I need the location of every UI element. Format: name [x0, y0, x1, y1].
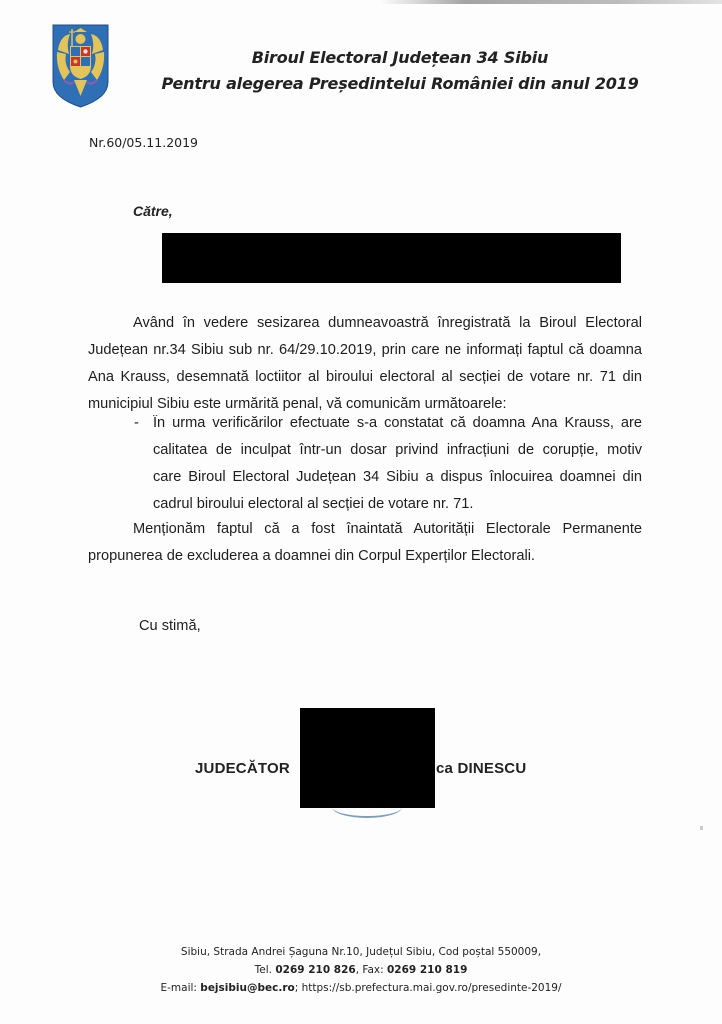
bullet-line: cadrul biroului electoral al secției de … — [153, 496, 642, 512]
redacted-signature — [300, 708, 435, 808]
signatory-name: ca DINESCU — [436, 760, 526, 777]
footer-phone-fax: Tel. 0269 210 826, Fax: 0269 210 819 — [0, 964, 722, 976]
paragraph1-line: municipiul Sibiu este urmărită penal, vă… — [88, 396, 642, 412]
bullet-line: care Biroul Electoral Județean 34 Sibiu … — [153, 469, 642, 487]
paragraph1-line: Având în vedere sesizarea dumneavoastră … — [133, 315, 642, 333]
paragraph1-line: Ana Krauss, desemnată loctiitor al birou… — [88, 369, 642, 387]
footer-address: Sibiu, Strada Andrei Șaguna Nr.10, Județ… — [0, 946, 722, 958]
bullet-line: calitatea de inculpat într-un dosar priv… — [153, 442, 642, 460]
paragraph2-line: propunerea de excluderea a doamnei din C… — [88, 548, 642, 564]
salutation: Către, — [133, 203, 173, 219]
email-label: E-mail: — [160, 982, 196, 994]
bullet-line: În urma verificărilor efectuate s-a cons… — [153, 415, 642, 433]
header-title-line1: Biroul Electoral Județean 34 Sibiu — [130, 48, 670, 67]
website-link[interactable]: https://sb.prefectura.mai.gov.ro/presedi… — [302, 982, 562, 994]
footer-contact: E-mail: bejsibiu@bec.ro; https://sb.pref… — [0, 982, 722, 994]
romanian-coat-of-arms-icon — [52, 24, 109, 108]
fax-label: Fax: — [362, 964, 383, 976]
tel-number: 0269 210 826 — [275, 964, 355, 976]
scan-edge-shadow — [380, 0, 722, 4]
tel-label: Tel. — [255, 964, 272, 976]
signatory-title: JUDECĂTOR — [195, 760, 290, 777]
scan-speck — [700, 826, 703, 830]
reference-number: Nr.60/05.11.2019 — [89, 135, 198, 150]
redacted-recipient — [162, 233, 621, 283]
closing: Cu stimă, — [139, 618, 201, 634]
paragraph2-line: Menționăm faptul că a fost înaintată Aut… — [133, 521, 642, 539]
paragraph1-line: Județean nr.34 Sibiu sub nr. 64/29.10.20… — [88, 342, 642, 360]
fax-number: 0269 210 819 — [387, 964, 467, 976]
email-link[interactable]: bejsibiu@bec.ro — [200, 982, 294, 994]
bullet-marker: - — [134, 415, 139, 431]
header-title-line2: Pentru alegerea Președintelui României d… — [130, 74, 670, 93]
